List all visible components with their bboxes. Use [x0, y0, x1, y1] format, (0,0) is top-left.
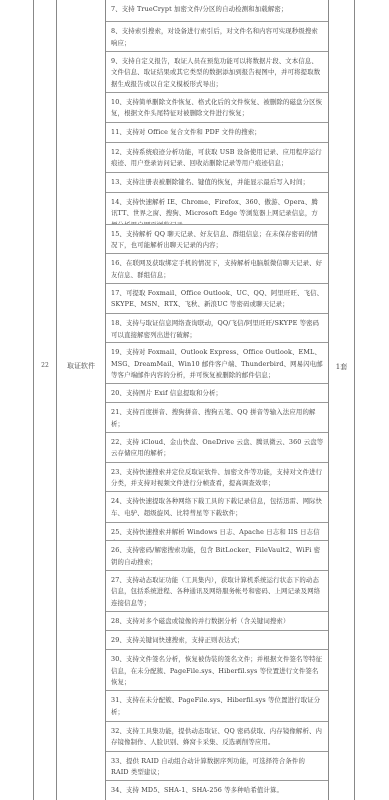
table-border-col1	[56, 0, 57, 800]
spec-item: 11、支持对 Office 复合文件和 PDF 文件的搜索；	[106, 122, 328, 142]
spec-item: 34、支持 MD5、SHA-1、SHA-256 等多种哈希值计算。	[106, 780, 328, 800]
spec-item: 18、支持与取证信息网络查询联动，QQ/飞信/阿里旺旺/SKYPE 等密码可以直…	[106, 313, 328, 342]
spec-item: 13、支持注册表被删除键名、键值的恢复，并能显示最后写入时间；	[106, 172, 328, 192]
spec-item: 24、支持快速提取各种网络下载工具的下载记录信息，包括迅雷、网际快车、电驴、超级…	[106, 491, 328, 521]
spec-item: 26、支持密码/解密搜索功能，包含 BitLocker、FileVault2、W…	[106, 540, 328, 569]
document-page: 22 取证软件 1套 7、支持 TrueCrypt 加密文件/分区的自动检测和加…	[0, 0, 389, 800]
table-border-right	[354, 0, 355, 800]
spec-item: 25、支持快速搜索并解析 Windows 日志、Apache 日志和 IIS 日…	[106, 522, 328, 541]
spec-item: 33、提供 RAID 自动组合动计算数据序列功能，可选择符合条件的 RAID 类…	[106, 751, 328, 780]
spec-item: 22、支持 iCloud、金山快盘、OneDrive 云盘、腾讯微云、360 云…	[106, 432, 328, 462]
spec-item: 20、支持图片 Exif 信息提取和分析；	[106, 383, 328, 403]
spec-item: 23、支持快速搜索并定位反取证软件、加密文件等功能，支持对文件进行分类，并支持对…	[106, 462, 328, 491]
spec-item: 12、支持系统痕迹分析功能，可获取 USB 设备使用记录、应用程序运行痕迹、用户…	[106, 142, 328, 172]
row-quantity: 1套	[329, 362, 354, 372]
spec-item: 28、支持对多个磁盘或镜像的并行数据分析（含关键词搜索）	[106, 611, 328, 630]
spec-item: 8、支持索引搜索，对设备进行索引后，对文件名和内容可实现秒级搜索响应；	[106, 21, 328, 50]
table-border-left	[33, 0, 34, 800]
spec-item: 16、在联网及获取绑定手机的情况下，支持解析电脑版微信聊天记录、好友信息、群组信…	[106, 253, 328, 282]
spec-item: 29、支持关键词快速搜索，支持正则表达式；	[106, 630, 328, 650]
row-item-name: 取证软件	[57, 361, 105, 371]
spec-item: 17、可提取 Foxmail、Office Outlook、UC、QQ、阿里旺旺…	[106, 283, 328, 313]
spec-item: 21、支持百度拼音、搜狗拼音、搜狗五笔、QQ 拼音等输入法应用的解析；	[106, 402, 328, 431]
spec-item: 7、支持 TrueCrypt 加密文件/分区的自动检测和加载解密；	[106, 0, 328, 21]
spec-item: 19、支持对 Foxmail、Outlook Express、Office Ou…	[106, 342, 328, 382]
spec-item: 9、支持自定义报告，取证人员在预览功能可以将数据片段、文本信息、文件信息、取证结…	[106, 51, 328, 92]
table-border-col3	[328, 0, 329, 800]
spec-item: 14、支持快速解析 IE、Chrome、Firefox、360、傲游、Opera…	[106, 192, 328, 224]
spec-item: 32、支持工具集功能，提供动态取证、QQ 密码获取、内存镜像解析、内存镜像制作、…	[106, 721, 328, 751]
spec-item: 10、支持简单删除文件恢复、格式化后的文件恢复、被删除的磁盘分区恢复，根据文件头…	[106, 92, 328, 122]
spec-item: 31、支持在未分配簇、PageFile.sys、Hiberfil.sys 等位置…	[106, 690, 328, 720]
row-number: 22	[34, 362, 56, 369]
spec-item: 15、支持解析 QQ 聊天记录、好友信息、群组信息；在未保存密码的情况下，也可能…	[106, 224, 328, 253]
spec-item: 30、支持文件签名分析，恢复被伪装的签名文件；并根据文件签名等特征信息，在未分配…	[106, 649, 328, 690]
spec-item: 27、支持动态取证功能（工具集内），获取计算机系统运行状态下的动态信息，包括系统…	[106, 570, 328, 611]
